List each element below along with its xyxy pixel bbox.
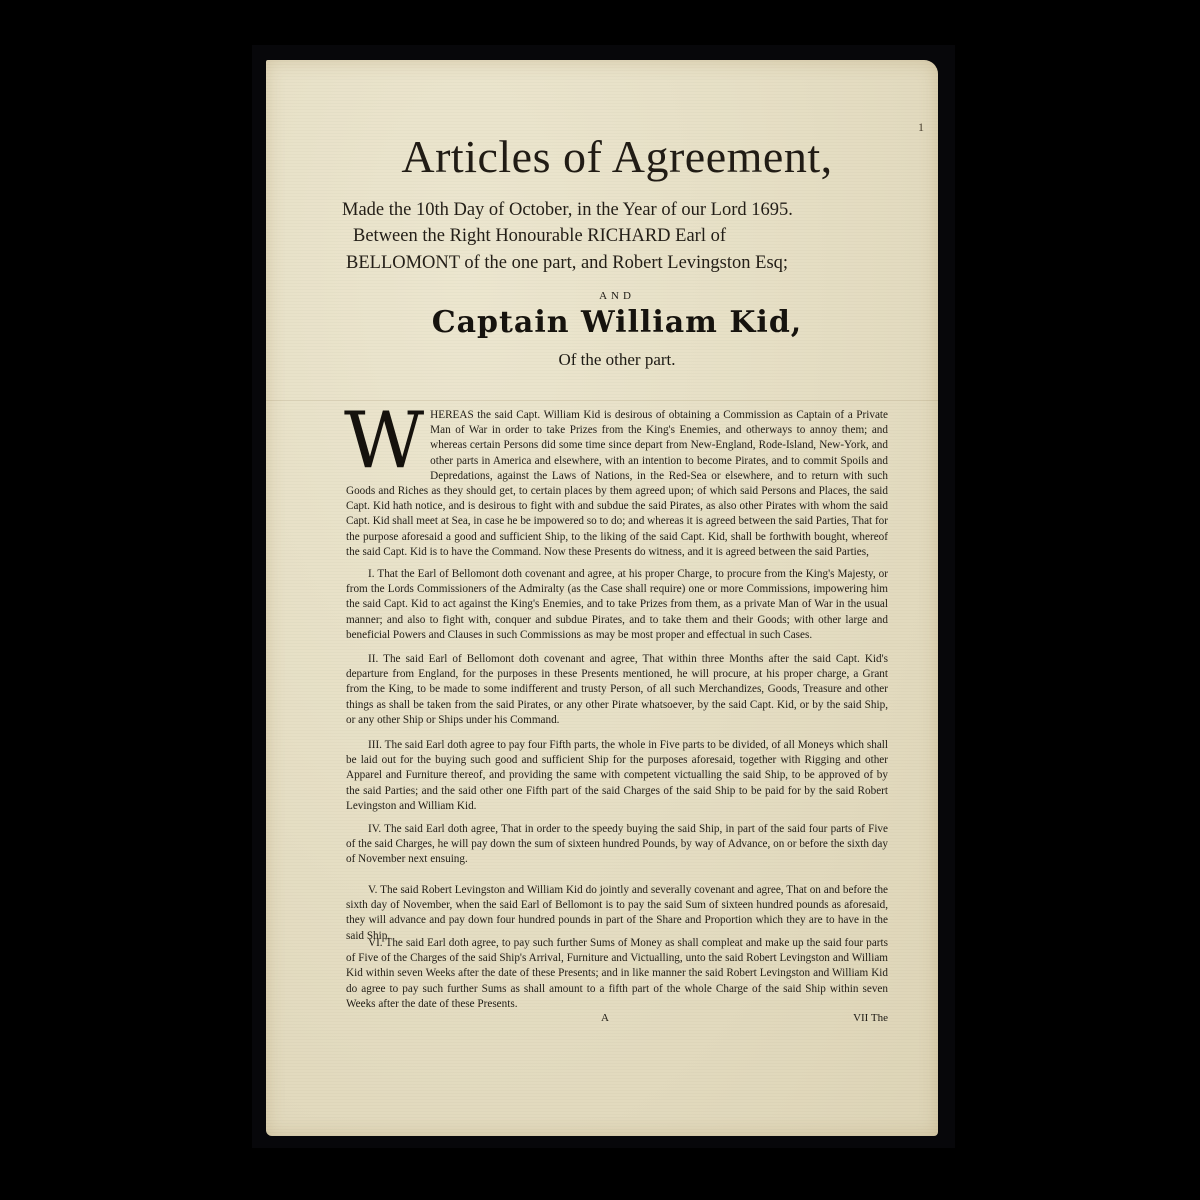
article-3: III. The said Earl doth agree to pay fou… xyxy=(346,738,888,814)
article-1: I. That the Earl of Bellomont doth coven… xyxy=(346,567,888,643)
signature-mark: A xyxy=(601,1012,609,1024)
drop-cap: W xyxy=(344,408,424,474)
catchword: VII The xyxy=(853,1012,888,1024)
whereas-text: HEREAS the said Capt. William Kid is des… xyxy=(346,409,888,558)
article-4: IV. The said Earl doth agree, That in or… xyxy=(346,822,888,868)
whereas-paragraph: W HEREAS the said Capt. William Kid is d… xyxy=(346,408,888,560)
document-page: 1 Articles of Agreement, Made the 10th D… xyxy=(266,60,938,1136)
party-name: Captain William Kid, xyxy=(346,305,888,340)
article-2: II. The said Earl of Bellomont doth cove… xyxy=(346,652,888,728)
other-part: Of the other part. xyxy=(346,350,888,370)
article-6: VI. The said Earl doth agree, to pay suc… xyxy=(346,936,888,1012)
subtitle-date: Made the 10th Day of October, in the Yea… xyxy=(342,200,793,221)
margin-mark: 1 xyxy=(918,120,924,135)
subtitle-between: Between the Right Honourable RICHARD Ear… xyxy=(353,226,726,247)
and-separator: AND xyxy=(346,290,888,302)
article-5: V. The said Robert Levingston and Willia… xyxy=(346,883,888,944)
document-title: Articles of Agreement, xyxy=(346,130,888,183)
subtitle-parties: BELLOMONT of the one part, and Robert Le… xyxy=(346,253,788,274)
